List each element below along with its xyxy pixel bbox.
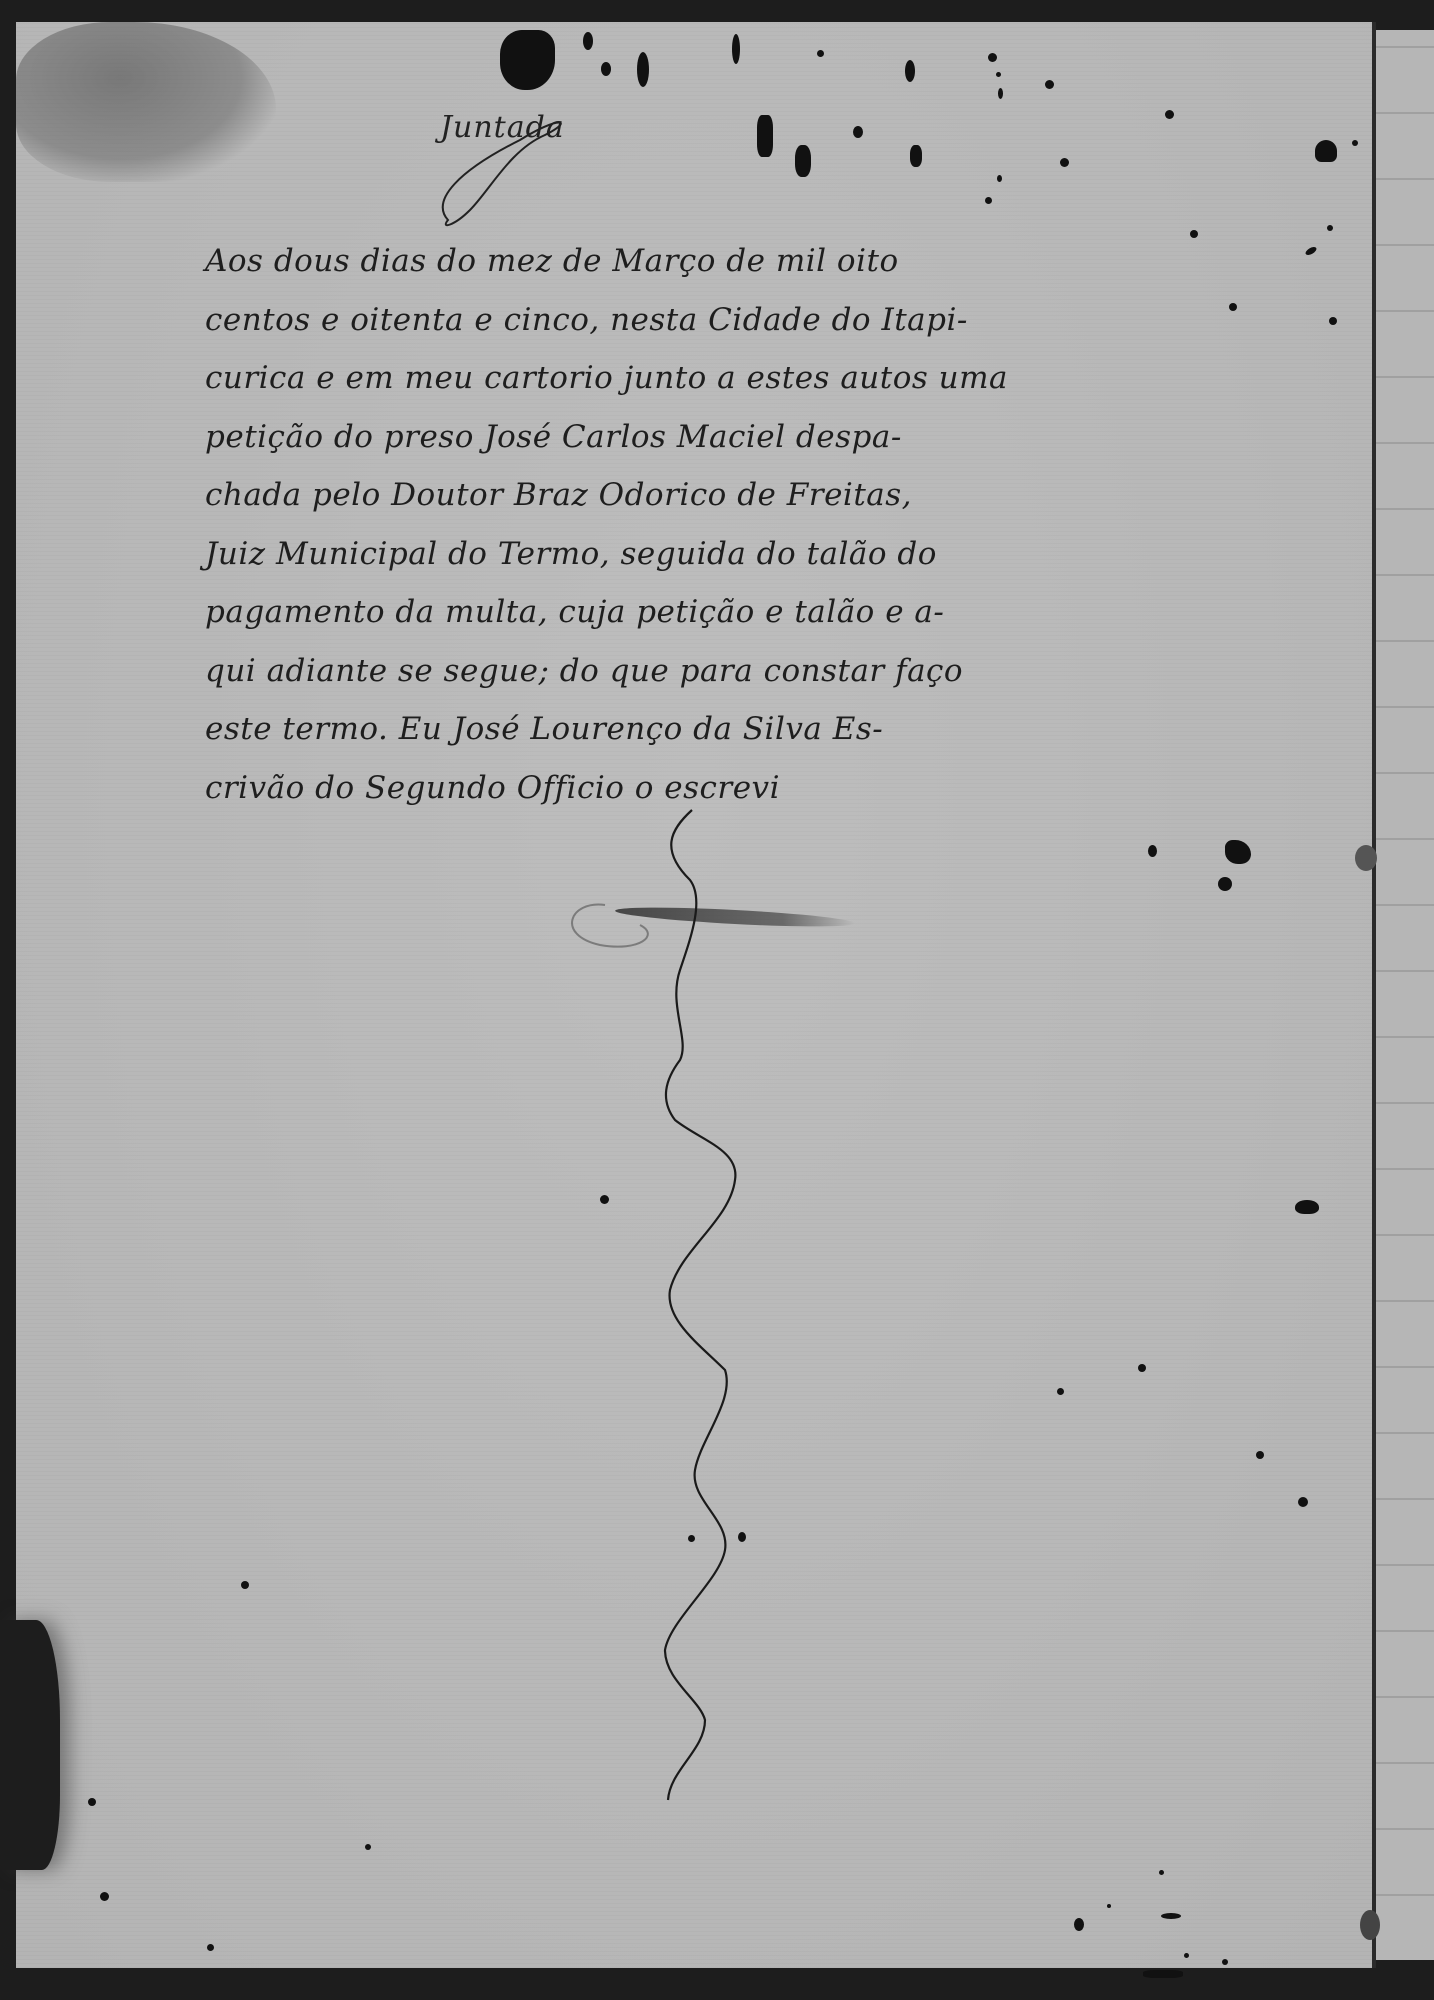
ink-blot [100,1892,109,1901]
ink-blot [600,1195,609,1204]
ink-blot [1315,140,1337,162]
text-line: pagamento da multa, cuja petição e talão… [205,583,1125,642]
ink-blot [1060,158,1069,167]
ink-blot [1218,877,1232,891]
ink-blot [757,115,773,157]
ink-blot [637,52,649,87]
ink-blot [998,88,1003,99]
ink-blot [1352,140,1358,146]
ink-blot [1045,80,1054,89]
ink-blot [738,1532,746,1542]
ink-blot [795,145,811,177]
torn-edge [0,1620,60,1870]
ink-blot [583,32,593,50]
ink-blot [207,1944,214,1951]
text-line: Juiz Municipal do Termo, seguida do talã… [205,525,1125,584]
ink-blot [1148,845,1157,857]
ink-blot [1190,230,1198,238]
adjacent-page-edge [1376,30,1434,1960]
ink-blot [88,1798,96,1806]
ink-blot [910,145,922,167]
ink-blot [1165,110,1174,119]
text-line: qui adiante se segue; do que para consta… [205,642,1125,701]
ink-blot [1107,1904,1111,1908]
ink-blot [1143,1970,1183,1978]
text-line: Aos dous dias do mez de Março de mil oit… [205,232,1125,291]
ink-blot [996,72,1001,77]
ink-blot [1256,1451,1264,1459]
ink-blot [732,34,740,64]
ink-blot [905,60,915,82]
ink-blot [988,53,997,62]
text-line: chada pelo Doutor Braz Odorico de Freita… [205,466,1125,525]
ink-blot [985,197,992,204]
ink-blot [1229,303,1237,311]
document-body: Aos dous dias do mez de Março de mil oit… [205,232,1125,817]
text-line: crivão do Segundo Officio o escrevi [205,759,1125,818]
ink-blot [1159,1870,1164,1875]
bleed-through-text [190,1380,1090,1700]
ink-blot [997,175,1002,182]
document-heading: Juntada [440,110,565,145]
ink-blot [1295,1200,1319,1214]
text-line: curica e em meu cartorio junto a estes a… [205,349,1125,408]
ink-blot [1298,1497,1308,1507]
ink-blot [1057,1388,1064,1395]
text-line: este termo. Eu José Lourenço da Silva Es… [205,700,1125,759]
ink-blot [1074,1918,1084,1931]
ink-blot [365,1844,371,1850]
text-line: centos e oitenta e cinco, nesta Cidade d… [205,291,1125,350]
ink-blot [688,1535,695,1542]
ink-blot [817,50,824,57]
ink-blot [1184,1953,1189,1958]
ink-blot [1355,845,1377,871]
ink-blot [500,30,555,90]
ink-blot [1161,1913,1181,1919]
ink-blot [1222,1959,1228,1965]
ink-blot [1360,1910,1380,1940]
ink-blot [241,1581,249,1589]
ink-blot [1138,1364,1146,1372]
ink-blot [1329,317,1337,325]
text-line: petição do preso José Carlos Maciel desp… [205,408,1125,467]
ink-blot [601,62,611,76]
ink-blot [853,126,863,138]
ink-blot [1327,225,1333,231]
